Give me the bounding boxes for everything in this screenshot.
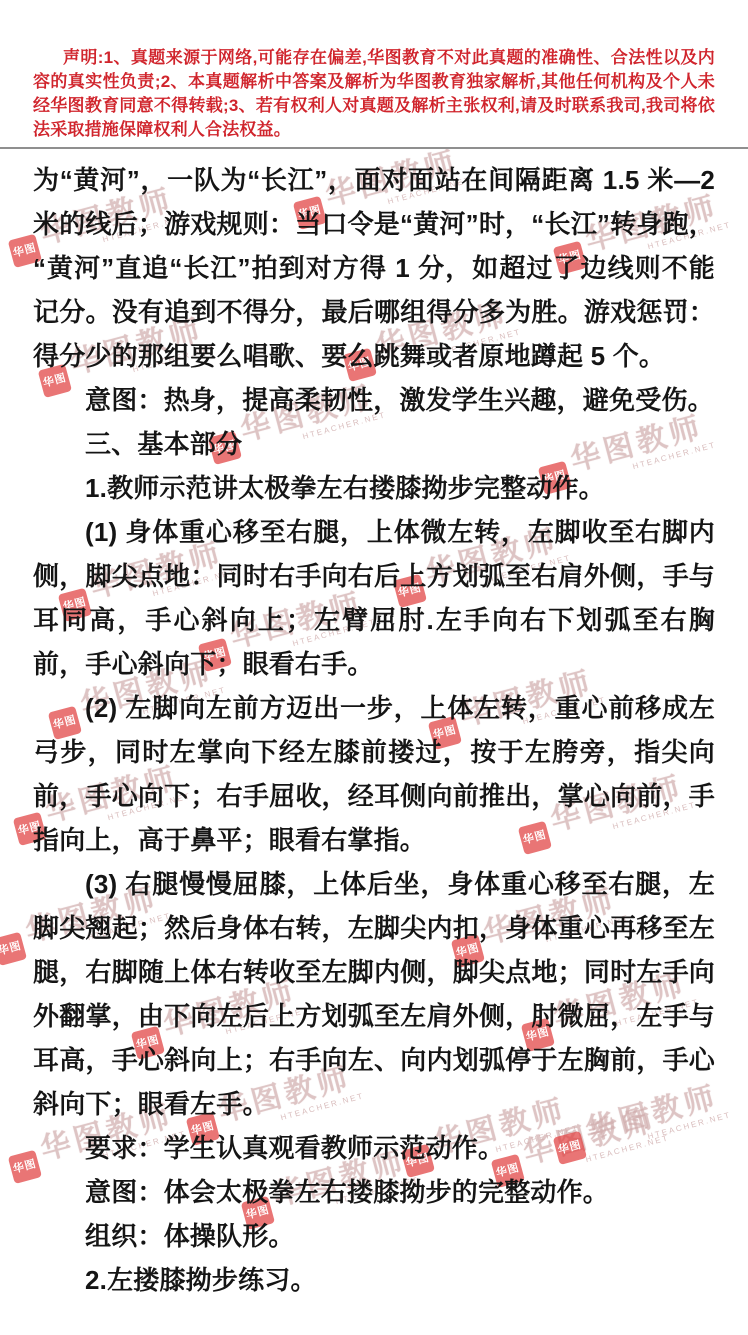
paragraph-9: 意图：体会太极拳左右搂膝拗步的完整动作。: [33, 1170, 715, 1214]
paragraph-5: (1) 身体重心移至右腿，上体微左转，左脚收至右脚内侧，脚尖点地：同时右手向右后…: [33, 510, 715, 686]
paragraph-4: 1.教师示范讲太极拳左右搂膝拗步完整动作。: [33, 466, 715, 510]
paragraph-3: 三、基本部分: [33, 422, 715, 466]
section-divider: [0, 147, 748, 149]
paragraph-1: 为“黄河”，一队为“长江”，面对面站在间隔距离 1.5 米—2 米的线后；游戏规…: [33, 158, 715, 378]
disclaimer-body: 1、真题来源于网络,可能存在偏差,华图教育不对此真题的准确性、合法性以及内容的真…: [33, 48, 715, 139]
disclaimer-label: 声明:: [63, 48, 104, 67]
document-body: 为“黄河”，一队为“长江”，面对面站在间隔距离 1.5 米—2 米的线后；游戏规…: [33, 158, 715, 1302]
paragraph-11: 2.左搂膝拗步练习。: [33, 1258, 715, 1302]
document-page: 华图华图教师HTEACHER.NET华图华图教师HTEACHER.NET华图华图…: [0, 0, 748, 1335]
page-content: 声明:1、真题来源于网络,可能存在偏差,华图教育不对此真题的准确性、合法性以及内…: [0, 0, 748, 1302]
paragraph-6: (2) 左脚向左前方迈出一步，上体左转，重心前移成左弓步，同时左掌向下经左膝前搂…: [33, 686, 715, 862]
paragraph-7: (3) 右腿慢慢屈膝，上体后坐，身体重心移至右腿，左脚尖翘起；然后身体右转，左脚…: [33, 862, 715, 1126]
paragraph-2: 意图：热身，提高柔韧性，激发学生兴趣，避免受伤。: [33, 378, 715, 422]
disclaimer-text: 声明:1、真题来源于网络,可能存在偏差,华图教育不对此真题的准确性、合法性以及内…: [33, 46, 715, 142]
paragraph-8: 要求：学生认真观看教师示范动作。: [33, 1126, 715, 1170]
paragraph-10: 组织：体操队形。: [33, 1214, 715, 1258]
